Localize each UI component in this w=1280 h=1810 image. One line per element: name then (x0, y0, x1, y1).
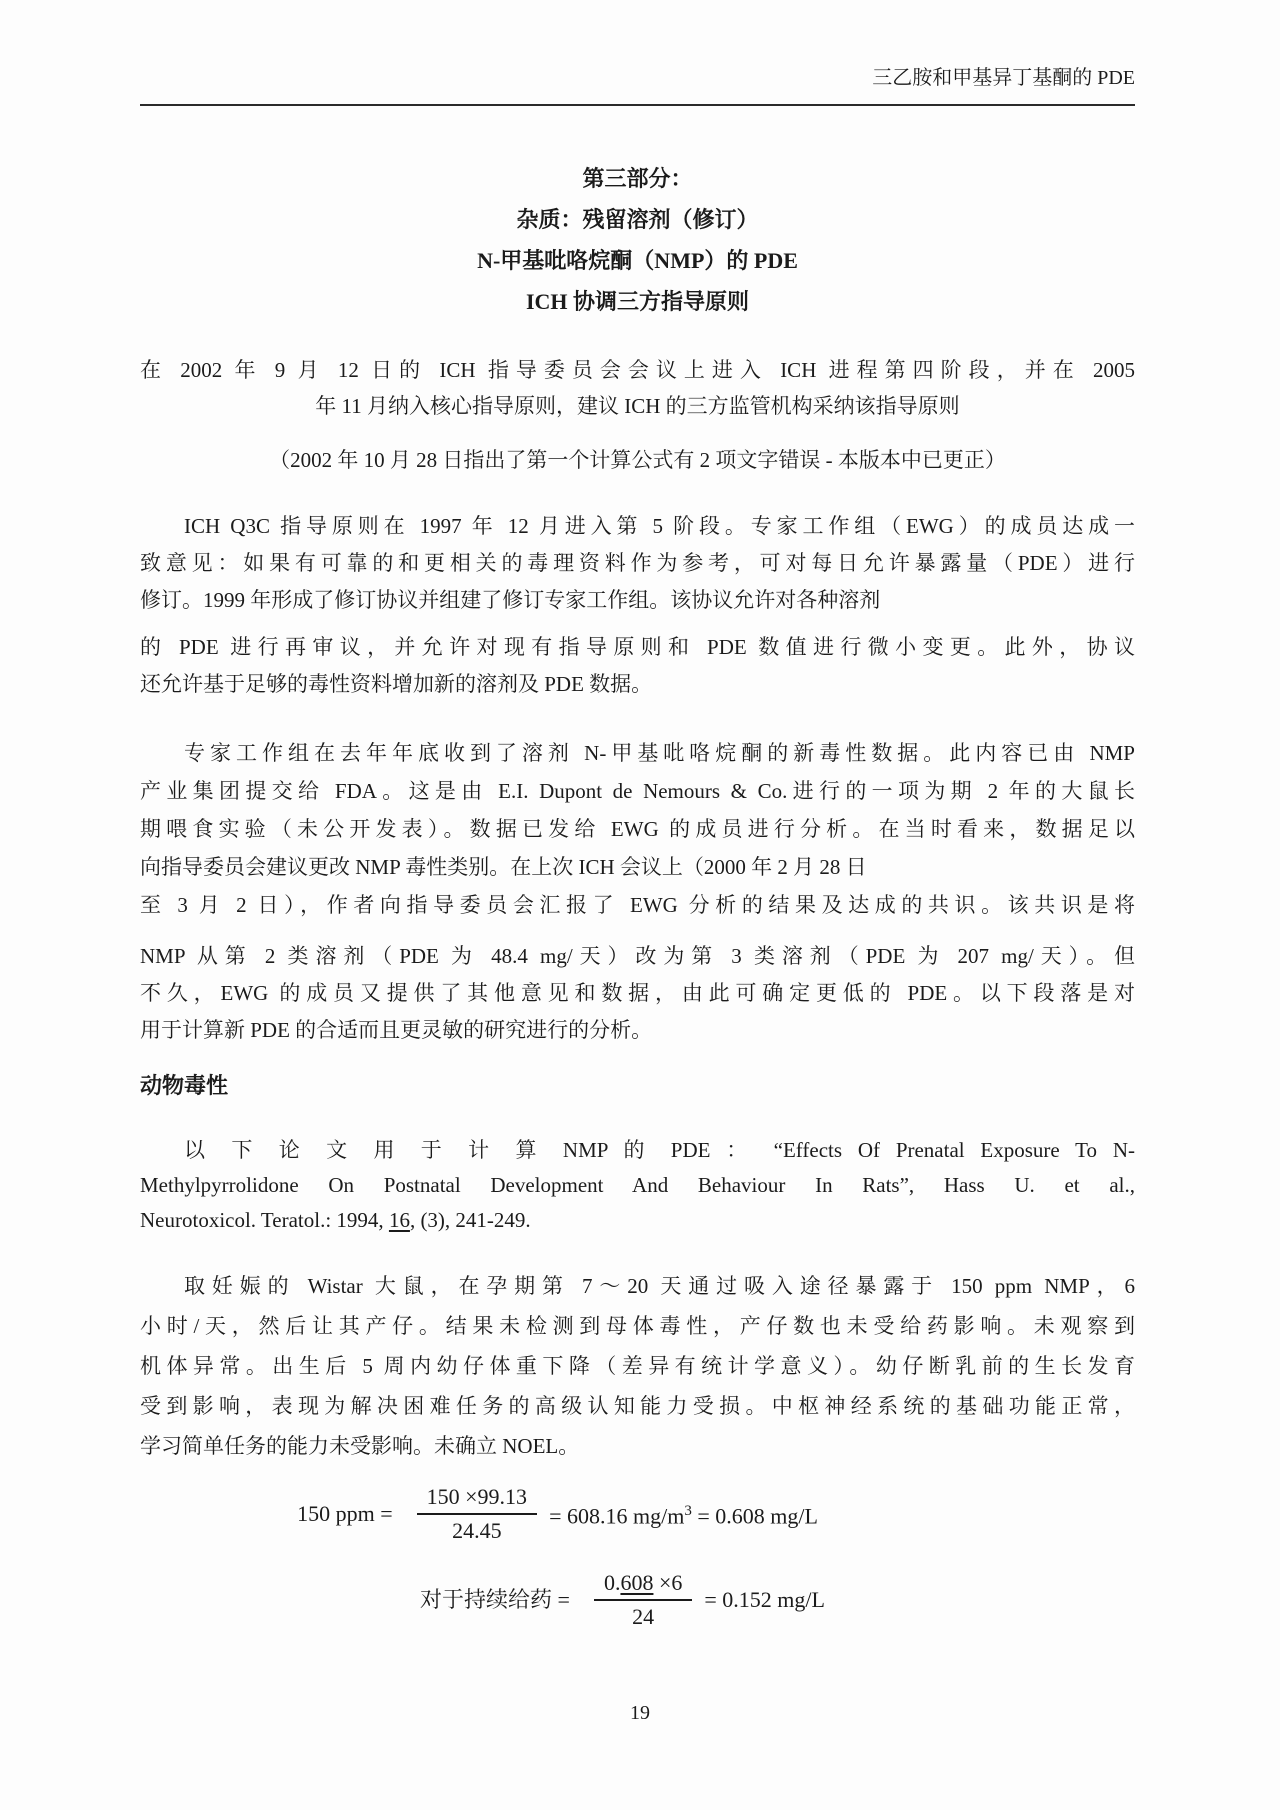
formula-1-lhs: 150 ppm = (297, 1501, 393, 1527)
formula-continuous-dosing: 对于持续给药 = 0.608 ×6 24 = 0.152 mg/L (125, 1570, 1120, 1630)
history-line-5: 还允许基于足够的毒性资料增加新的溶剂及 PDE 数据。 (140, 666, 1135, 703)
reference-citation-pre: Neurotoxicol. Teratol.: 1994, (140, 1208, 389, 1232)
reference-citation-post: , (3), 241-249. (410, 1208, 531, 1232)
paragraph-study-description: 取妊娠的 Wistar 大鼠，在孕期第 7～20 天通过吸入途径暴露于 150 … (140, 1266, 1135, 1466)
paragraph-q3c-history-2: 的 PDE 进行再审议，并允许对现有指导原则和 PDE 数值进行微小变更。此外，… (140, 629, 1135, 703)
new-data-line-5: 至 3 月 2 日），作者向指导委员会汇报了 EWG 分析的结果及达成的共识。该… (140, 886, 1135, 924)
paragraph-new-data-1: 专家工作组在去年年底收到了溶剂 N-甲基吡咯烷酮的新毒性数据。此内容已由 NMP… (140, 734, 1135, 924)
doc-title-line-3: N-甲基吡咯烷酮（NMP）的 PDE (140, 240, 1135, 281)
formula-1-denominator: 24.45 (417, 1515, 537, 1544)
formula-2-denominator: 24 (594, 1601, 692, 1630)
paragraph-q3c-history-1: ICH Q3C 指导原则在 1997 年 12 月进入第 5 阶段。专家工作组（… (140, 508, 1135, 619)
doc-title-line-2: 杂质：残留溶剂（修订） (140, 199, 1135, 240)
header-rule (140, 104, 1135, 106)
running-header-text: 三乙胺和甲基异丁基酮的 PDE (872, 67, 1135, 89)
paragraph-new-data-2: NMP 从第 2 类溶剂（PDE 为 48.4 mg/天）改为第 3 类溶剂（P… (140, 938, 1135, 1049)
study-line-2: 小时/天，然后让其产仔。结果未检测到母体毒性，产仔数也未受给药影响。未观察到 (140, 1306, 1135, 1346)
formula-ppm-conversion: 150 ppm = 150 ×99.13 24.45 = 608.16 mg/m… (60, 1484, 1055, 1544)
history-line-1: ICH Q3C 指导原则在 1997 年 12 月进入第 5 阶段。专家工作组（… (140, 508, 1135, 545)
reference-line-2: Methylpyrrolidone On Postnatal Developme… (140, 1168, 1135, 1203)
doc-title-line-4: ICH 协调三方指导原则 (140, 281, 1135, 322)
paragraph-reference: 以 下 论 文 用 于 计 算 NMP 的 PDE ： “Effects Of … (140, 1133, 1135, 1238)
section-heading-animal-toxicity: 动物毒性 (140, 1067, 1135, 1105)
reference-line-1: 以 下 论 文 用 于 计 算 NMP 的 PDE ： “Effects Of … (140, 1133, 1135, 1168)
formula-2-result: = 0.152 mg/L (704, 1587, 825, 1613)
formula-1-result-pre: = 608.16 mg/m (549, 1504, 684, 1529)
formula-1-fraction: 150 ×99.13 24.45 (417, 1484, 537, 1544)
new-data-line-3: 期喂食实验（未公开发表）。数据已发给 EWG 的成员进行分析。在当时看来，数据足… (140, 810, 1135, 848)
reference-line-3: Neurotoxicol. Teratol.: 1994, 16, (3), 2… (140, 1203, 1135, 1238)
new-data-line-1: 专家工作组在去年年底收到了溶剂 N-甲基吡咯烷酮的新毒性数据。此内容已由 NMP (140, 734, 1135, 772)
running-header: 三乙胺和甲基异丁基酮的 PDE (140, 0, 1135, 92)
formula-2-numerator-post: ×6 (653, 1570, 682, 1595)
reference-volume-number: 16 (389, 1208, 410, 1232)
study-line-3: 机体异常。出生后 5 周内幼仔体重下降（差异有统计学意义）。幼仔断乳前的生长发育 (140, 1346, 1135, 1386)
formula-2-numerator-pre: 0. (604, 1570, 621, 1595)
history-line-2: 致意见：如果有可靠的和更相关的毒理资料作为参考，可对每日允许暴露量（PDE）进行 (140, 545, 1135, 582)
document-page: 三乙胺和甲基异丁基酮的 PDE 第三部分： 杂质：残留溶剂（修订） N-甲基吡咯… (0, 0, 1280, 1810)
page-content: 三乙胺和甲基异丁基酮的 PDE 第三部分： 杂质：残留溶剂（修订） N-甲基吡咯… (0, 0, 1280, 1630)
page-number: 19 (0, 1702, 1280, 1725)
adoption-line-1: 在 2002 年 9 月 12 日的 ICH 指导委员会会议上进入 ICH 进程… (140, 352, 1135, 388)
doc-title-line-1: 第三部分： (140, 158, 1135, 199)
new-data-line-8: 用于计算新 PDE 的合适而且更灵敏的研究进行的分析。 (140, 1012, 1135, 1049)
formula-1-result: = 608.16 mg/m3 = 0.608 mg/L (549, 1498, 818, 1529)
history-line-4: 的 PDE 进行再审议，并允许对现有指导原则和 PDE 数值进行微小变更。此外，… (140, 629, 1135, 666)
new-data-line-7: 不久，EWG 的成员又提供了其他意见和数据，由此可确定更低的 PDE。以下段落是… (140, 975, 1135, 1012)
new-data-line-2: 产业集团提交给 FDA。这是由 E.I. Dupont de Nemours &… (140, 772, 1135, 810)
study-line-5: 学习简单任务的能力未受影响。未确立 NOEL。 (140, 1426, 1135, 1466)
study-line-1: 取妊娠的 Wistar 大鼠，在孕期第 7～20 天通过吸入途径暴露于 150 … (140, 1266, 1135, 1306)
formula-1-exponent: 3 (684, 1503, 692, 1519)
formula-2-lhs: 对于持续给药 = (420, 1587, 570, 1613)
formula-1-numerator: 150 ×99.13 (417, 1484, 537, 1515)
history-line-3: 修订。1999 年形成了修订协议并组建了修订专家工作组。该协议允许对各种溶剂 (140, 582, 1135, 619)
adoption-note: 在 2002 年 9 月 12 日的 ICH 指导委员会会议上进入 ICH 进程… (140, 352, 1135, 424)
adoption-line-2: 年 11 月纳入核心指导原则，建议 ICH 的三方监管机构采纳该指导原则 (140, 388, 1135, 424)
doc-title-block: 第三部分： 杂质：残留溶剂（修订） N-甲基吡咯烷酮（NMP）的 PDE ICH… (140, 158, 1135, 322)
formula-1-result-post: = 0.608 mg/L (692, 1504, 818, 1529)
new-data-line-4: 向指导委员会建议更改 NMP 毒性类别。在上次 ICH 会议上（2000 年 2… (140, 848, 1135, 886)
formula-2-numerator: 0.608 ×6 (594, 1570, 692, 1601)
formula-2-fraction: 0.608 ×6 24 (594, 1570, 692, 1630)
study-line-4: 受到影响，表现为解决困难任务的高级认知能力受损。中枢神经系统的基础功能正常， (140, 1386, 1135, 1426)
new-data-line-6: NMP 从第 2 类溶剂（PDE 为 48.4 mg/天）改为第 3 类溶剂（P… (140, 938, 1135, 975)
erratum-note: （2002 年 10 月 28 日指出了第一个计算公式有 2 项文字错误 - 本… (140, 442, 1135, 478)
formula-2-numerator-underlined: 608 (620, 1570, 653, 1595)
